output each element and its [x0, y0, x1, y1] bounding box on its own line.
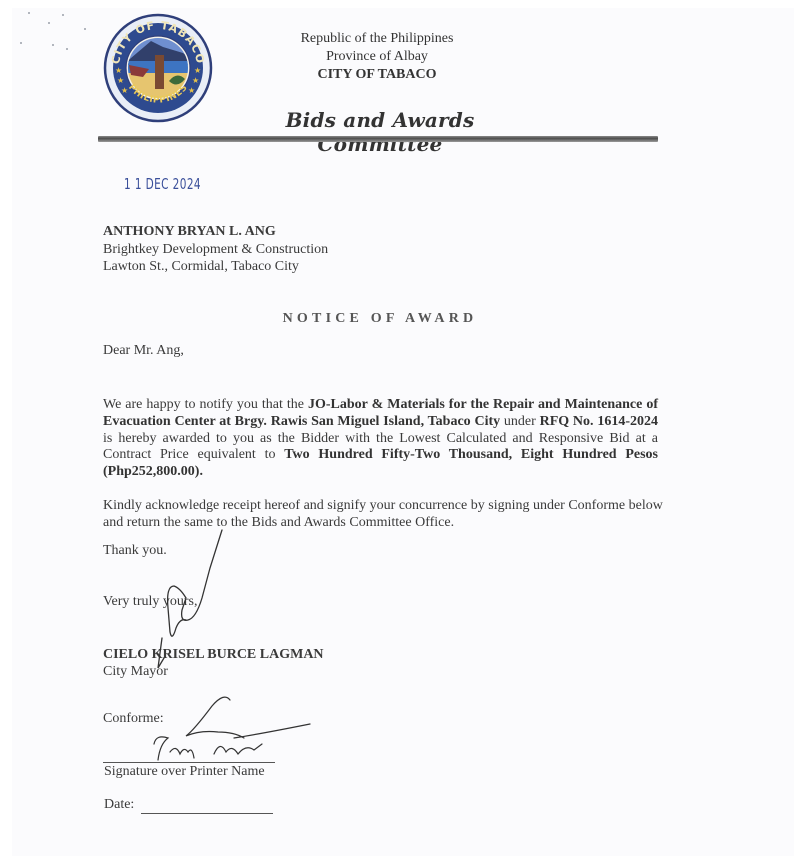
signatory-title: City Mayor — [103, 663, 324, 680]
addressee-block: ANTHONY BRYAN L. ANG Brightkey Developme… — [103, 223, 328, 276]
letterhead-city: CITY OF TABACO — [240, 66, 514, 84]
svg-text:★: ★ — [121, 86, 128, 95]
award-paragraph: We are happy to notify you that the JO-L… — [103, 397, 658, 481]
salutation: Dear Mr. Ang, — [103, 343, 184, 359]
scan-speck — [20, 42, 22, 44]
scan-speck — [66, 48, 68, 50]
closing: Very truly yours, — [103, 594, 198, 610]
notice-title: NOTICE OF AWARD — [220, 311, 540, 327]
signatory-name: CIELO KRISEL BURCE LAGMAN — [103, 646, 324, 663]
received-date-stamp: 1 1 DEC 2024 — [124, 175, 201, 193]
scan-speck — [28, 12, 30, 14]
scan-speck — [84, 28, 86, 30]
svg-text:★: ★ — [194, 66, 201, 75]
signatory-block: CIELO KRISEL BURCE LAGMAN City Mayor — [103, 646, 324, 680]
thank-you: Thank you. — [103, 543, 167, 559]
scan-speck — [62, 14, 64, 16]
letterhead-province: Province of Albay — [240, 48, 514, 66]
signature-caption: Signature over Printer Name — [104, 764, 265, 780]
award-text: under — [500, 414, 539, 429]
date-label: Date: — [104, 797, 134, 813]
svg-text:★: ★ — [188, 86, 195, 95]
scan-speck — [52, 44, 54, 46]
conforme-label: Conforme: — [103, 711, 164, 727]
letterhead-republic: Republic of the Philippines — [240, 30, 514, 48]
rfq-number: RFQ No. 1614-2024 — [540, 414, 658, 429]
committee-title: Bids and Awards Committee — [230, 108, 530, 156]
addressee-name: ANTHONY BRYAN L. ANG — [103, 223, 328, 241]
scan-speck — [48, 22, 50, 24]
date-field[interactable] — [141, 813, 273, 814]
addressee-address: Lawton St., Cormidal, Tabaco City — [103, 258, 328, 276]
svg-text:★: ★ — [117, 76, 124, 85]
city-seal-icon: CITY OF TABACO PHILIPPINES ★★★ ★★★ — [103, 13, 213, 123]
letterhead: Republic of the Philippines Province of … — [240, 30, 514, 84]
addressee-company: Brightkey Development & Construction — [103, 241, 328, 259]
header-divider — [98, 136, 658, 142]
acknowledge-paragraph: Kindly acknowledge receipt hereof and si… — [103, 497, 663, 531]
svg-text:★: ★ — [192, 76, 199, 85]
signature-line — [103, 762, 275, 763]
svg-text:★: ★ — [115, 66, 122, 75]
award-text: We are happy to notify you that the — [103, 397, 308, 412]
